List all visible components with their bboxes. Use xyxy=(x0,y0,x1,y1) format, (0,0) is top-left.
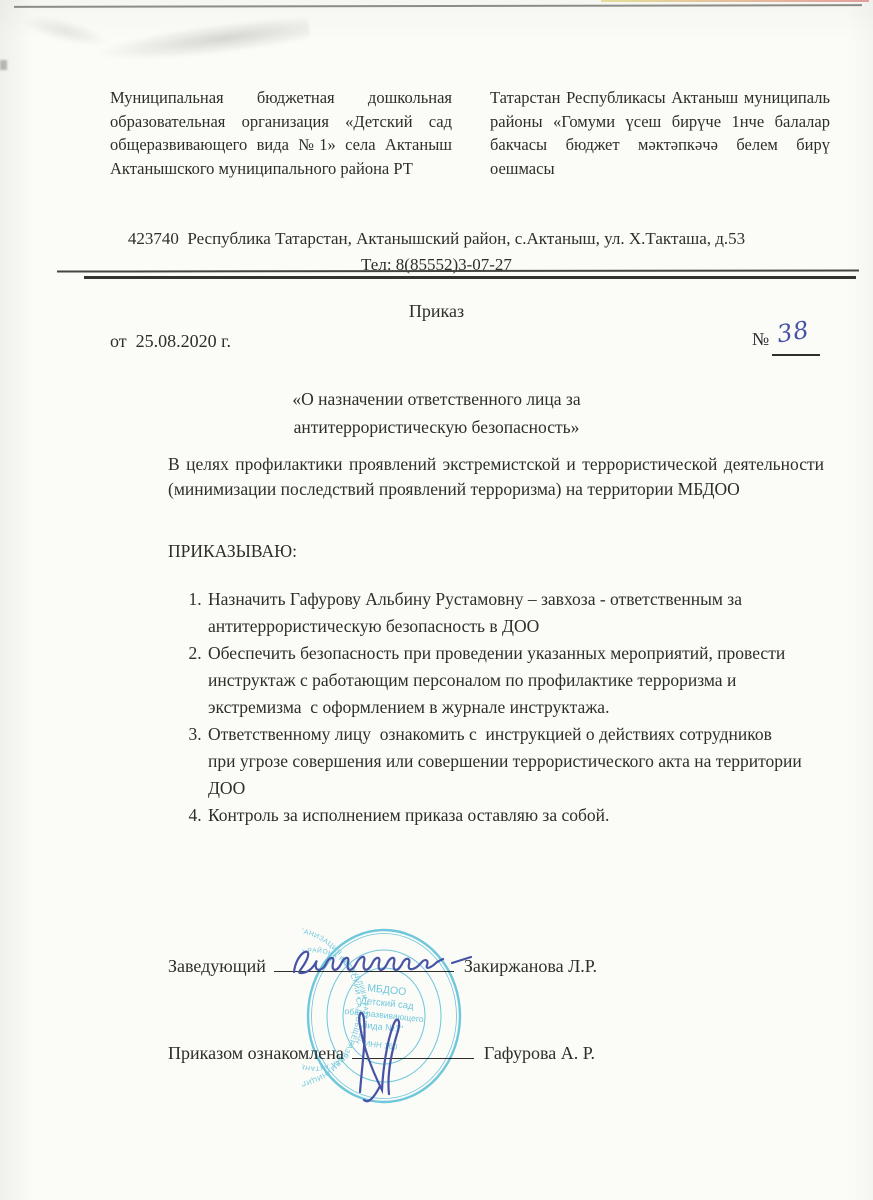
scanned-order-document: Муниципальная бюджетная дошкольная образ… xyxy=(0,0,873,1200)
order-items: Назначить Гафурову Альбину Рустамовну – … xyxy=(170,586,832,829)
order-subject: «О назначении ответственного лица за ант… xyxy=(0,385,873,441)
order-number-line xyxy=(772,354,820,356)
preamble-paragraph: В целях профилактики проявлений экстреми… xyxy=(168,452,824,501)
scan-edge-line xyxy=(14,4,862,8)
letterhead: Муниципальная бюджетная дошкольная образ… xyxy=(110,86,832,180)
order-item: Ответственному лицу ознакомить с инструк… xyxy=(206,721,832,802)
order-heading: Приказ xyxy=(0,301,873,322)
scan-smudge xyxy=(94,13,311,69)
directive-word: ПРИКАЗЫВАЮ: xyxy=(168,541,297,562)
handwritten-signature-gafurova xyxy=(330,1000,430,1104)
order-item: Обеспечить безопасность при проведении у… xyxy=(206,640,832,721)
handwritten-order-number: 38 xyxy=(775,316,812,349)
subject-line-2: антитеррористическую безопасность» xyxy=(0,413,873,441)
org-name-russian: Муниципальная бюджетная дошкольная образ… xyxy=(110,86,452,180)
signature-role: Заведующий xyxy=(168,956,266,977)
order-item: Контроль за исполнением приказа оставляю… xyxy=(206,802,832,829)
scan-edge-mark xyxy=(0,60,7,70)
signature-name: Гафурова А. Р. xyxy=(484,1043,595,1064)
handwritten-signature-zakirzhanova xyxy=(280,932,485,990)
phone-line: Тел: 8(85552)3-07-27 xyxy=(0,252,873,278)
scan-smudge xyxy=(19,9,112,52)
org-name-tatar: Татарстан Республикасы Актаныш муниципал… xyxy=(490,86,830,180)
order-number-label: № xyxy=(752,329,769,350)
divider-rule-thick xyxy=(84,276,856,279)
order-item: Назначить Гафурову Альбину Рустамовну – … xyxy=(206,586,832,640)
address-line: 423740 Республика Татарстан, Актанышский… xyxy=(0,226,873,252)
subject-line-1: «О назначении ответственного лица за xyxy=(0,385,873,413)
scan-color-strip xyxy=(601,0,869,2)
order-date: от 25.08.2020 г. xyxy=(110,331,231,352)
